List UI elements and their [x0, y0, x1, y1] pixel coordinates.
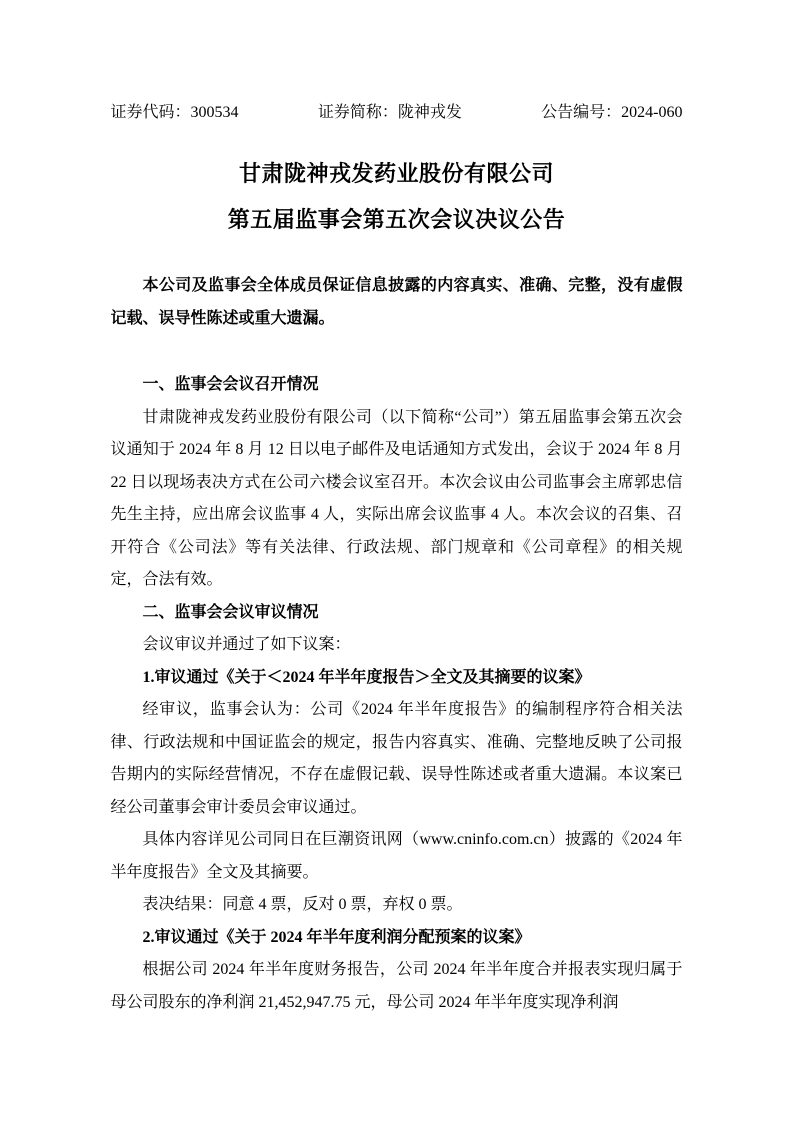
- resolution1-disclosure-paragraph: 具体内容详见公司同日在巨潮资讯网（www.cninfo.com.cn）披露的《2…: [111, 824, 683, 889]
- document-header: 证券代码：300534 证券简称：陇神戎发 公告编号：2024-060: [111, 103, 683, 123]
- document-content: 证券代码：300534 证券简称：陇神戎发 公告编号：2024-060 甘肃陇神…: [111, 103, 683, 1019]
- document-body: 一、监事会会议召开情况 甘肃陇神戎发药业股份有限公司（以下简称“公司”）第五届监…: [111, 369, 683, 1019]
- announcement-title: 第五届监事会第五次会议决议公告: [111, 207, 683, 233]
- announcement-document-page: 证券代码：300534 证券简称：陇神戎发 公告编号：2024-060 甘肃陇神…: [0, 0, 793, 1122]
- company-name-title: 甘肃陇神戎发药业股份有限公司: [111, 161, 683, 187]
- announcement-number-text: 公告编号：2024-060: [541, 103, 682, 123]
- section2-intro-paragraph: 会议审议并通过了如下议案：: [111, 629, 683, 662]
- section2-heading: 二、监事会会议审议情况: [111, 597, 683, 630]
- resolution1-vote-result: 表决结果：同意 4 票，反对 0 票，弃权 0 票。: [111, 889, 683, 922]
- section1-paragraph: 甘肃陇神戎发药业股份有限公司（以下简称“公司”）第五届监事会第五次会议通知于 2…: [111, 402, 683, 597]
- resolution1-opinion-paragraph: 经审议，监事会认为：公司《2024 年半年度报告》的编制程序符合相关法律、行政法…: [111, 694, 683, 824]
- resolution2-paragraph: 根据公司 2024 年半年度财务报告，公司 2024 年半年度合并报表实现归属于…: [111, 954, 683, 1019]
- stock-code-text: 证券代码：300534: [111, 103, 239, 123]
- truthfulness-declaration-paragraph: 本公司及监事会全体成员保证信息披露的内容真实、准确、完整，没有虚假记载、误导性陈…: [111, 270, 683, 335]
- section1-heading: 一、监事会会议召开情况: [111, 369, 683, 402]
- resolution1-heading: 1.审议通过《关于＜2024 年半年度报告＞全文及其摘要的议案》: [111, 662, 683, 695]
- stock-short-name-text: 证券简称：陇神戎发: [318, 103, 462, 123]
- resolution2-heading: 2.审议通过《关于 2024 年半年度利润分配预案的议案》: [111, 922, 683, 955]
